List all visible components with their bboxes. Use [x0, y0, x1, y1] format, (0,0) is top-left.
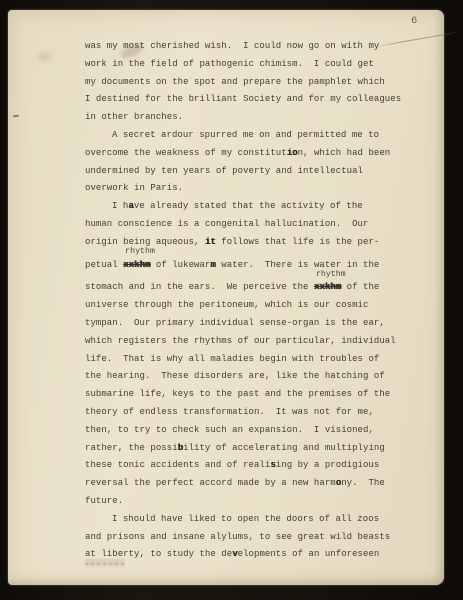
text-line: work in the field of pathogenic chimism.… — [85, 56, 420, 74]
typed-text: undermined by ten years of poverty and i… — [85, 166, 363, 176]
text-line: theory of endless transformation. It was… — [85, 404, 420, 422]
typed-text: reversal the perfect accord made by a ne… — [85, 478, 336, 488]
typed-text: n, which had been — [298, 148, 391, 158]
typed-text: submarine life, keys to the past and the… — [85, 389, 390, 399]
text-line: and prisons and insane alylums, to see g… — [85, 529, 420, 547]
typed-text: ny. The — [341, 478, 385, 488]
typed-text: ility of accelerating and multiplying — [183, 443, 385, 453]
typed-text: and prisons and insane alylums, to see g… — [85, 532, 390, 542]
typed-text: which registers the rhythms of our parti… — [85, 336, 396, 346]
text-line: universe through the peritoneum, which i… — [85, 297, 420, 315]
typed-text: my documents on the spot and prepare the… — [85, 77, 385, 87]
text-line: overwork in Paris. — [85, 180, 420, 198]
text-line: I destined for the brilliant Society and… — [85, 91, 420, 109]
text-line: overcome the weakness of my constitution… — [85, 145, 420, 163]
text-line: then, to try to check such an expansion.… — [85, 422, 420, 440]
text-line: I should have liked to open the doors of… — [85, 511, 420, 529]
text-line: my documents on the spot and prepare the… — [85, 74, 420, 92]
typed-text: the hearing. These disorders are, like t… — [85, 371, 385, 381]
text-line: the hearing. These disorders are, like t… — [85, 368, 420, 386]
typed-text: universe through the peritoneum, which i… — [85, 300, 368, 310]
paper-smudge — [38, 52, 51, 61]
typed-text: was my most cherished wish. I could now … — [85, 41, 379, 51]
text-line: I have already stated that the activity … — [85, 198, 420, 216]
text-line: future. — [85, 493, 420, 511]
text-line: petual rhythmxxkhm of lukewarm water. Th… — [85, 257, 420, 275]
text-line: stomach and in the ears. We perceive the… — [85, 279, 420, 297]
text-line: reversal the perfect accord made by a ne… — [85, 475, 420, 493]
typed-text: future. — [85, 496, 123, 506]
erased-word-smudge — [85, 559, 125, 567]
typed-text: work in the field of pathogenic chimism.… — [85, 59, 374, 69]
struck-out-word: xxkhm — [314, 282, 341, 292]
typed-text: ing by a prodigious — [276, 460, 380, 470]
typed-text: overwork in Paris. — [85, 183, 183, 193]
typed-text: these tonic accidents and of reali — [85, 460, 270, 470]
typed-text: theory of endless transformation. It was… — [85, 407, 374, 417]
text-line: human conscience is a congenital halluci… — [85, 216, 420, 234]
typed-text: tympan. Our primary individual sense-org… — [85, 318, 385, 328]
typed-text: water. There is water in the — [216, 260, 380, 270]
typed-text: I h — [112, 201, 128, 211]
typed-text: I should have liked to open the doors of… — [112, 514, 379, 524]
typed-text: I destined for the brilliant Society and… — [85, 94, 401, 104]
typed-text: origin being aqueous, — [85, 237, 205, 247]
text-line: life. That is why all maladies begin wit… — [85, 351, 420, 369]
typed-text: in other branches. — [85, 112, 183, 122]
margin-pencil-mark — [13, 115, 19, 118]
typed-text: at liberty, to study the de — [85, 549, 232, 559]
text-line: undermined by ten years of poverty and i… — [85, 163, 420, 181]
text-line: these tonic accidents and of realising b… — [85, 457, 420, 475]
struck-out-word: xxkhm — [123, 260, 150, 270]
typed-text: follows that life is the per- — [216, 237, 380, 247]
text-line: was my most cherished wish. I could now … — [85, 38, 420, 56]
text-block: was my most cherished wish. I could now … — [85, 38, 420, 564]
overtyped-text: it — [205, 237, 216, 247]
text-line: in other branches. — [85, 109, 420, 127]
overtyped-text: io — [287, 148, 298, 158]
typed-text: elopments of an unforeseen — [238, 549, 380, 559]
typed-text: then, to try to check such an expansion.… — [85, 425, 374, 435]
typed-text: human conscience is a congenital halluci… — [85, 219, 368, 229]
text-line: rather, the possibility of accelerating … — [85, 440, 420, 458]
text-line: submarine life, keys to the past and the… — [85, 386, 420, 404]
typed-text: ve already stated that the activity of t… — [134, 201, 363, 211]
typed-text: life. That is why all maladies begin wit… — [85, 354, 379, 364]
typed-text: A secret ardour spurred me on and permit… — [112, 130, 379, 140]
typed-text: stomach and in the ears. We perceive the — [85, 282, 314, 292]
typed-correction: rhythmxxkhm — [314, 279, 341, 297]
text-line: which registers the rhythms of our parti… — [85, 333, 420, 351]
inserted-word-above-line: rhythm — [316, 271, 346, 279]
text-line: A secret ardour spurred me on and permit… — [85, 127, 420, 145]
page-number: 6 — [411, 15, 418, 27]
typed-text: overcome the weakness of my constitut — [85, 148, 287, 158]
typed-text: of the — [341, 282, 379, 292]
typed-text: rather, the possi — [85, 443, 178, 453]
text-line: at liberty, to study the developments of… — [85, 546, 420, 564]
scanned-document-photo: 6 was my most cherished wish. I could no… — [0, 0, 463, 600]
paper-sheet: 6 was my most cherished wish. I could no… — [8, 10, 444, 585]
typed-text: petual — [85, 260, 123, 270]
typed-text: of lukewar — [150, 260, 210, 270]
text-line: tympan. Our primary individual sense-org… — [85, 315, 420, 333]
typed-correction: rhythmxxkhm — [123, 257, 150, 275]
inserted-word-above-line: rhythm — [125, 248, 155, 256]
